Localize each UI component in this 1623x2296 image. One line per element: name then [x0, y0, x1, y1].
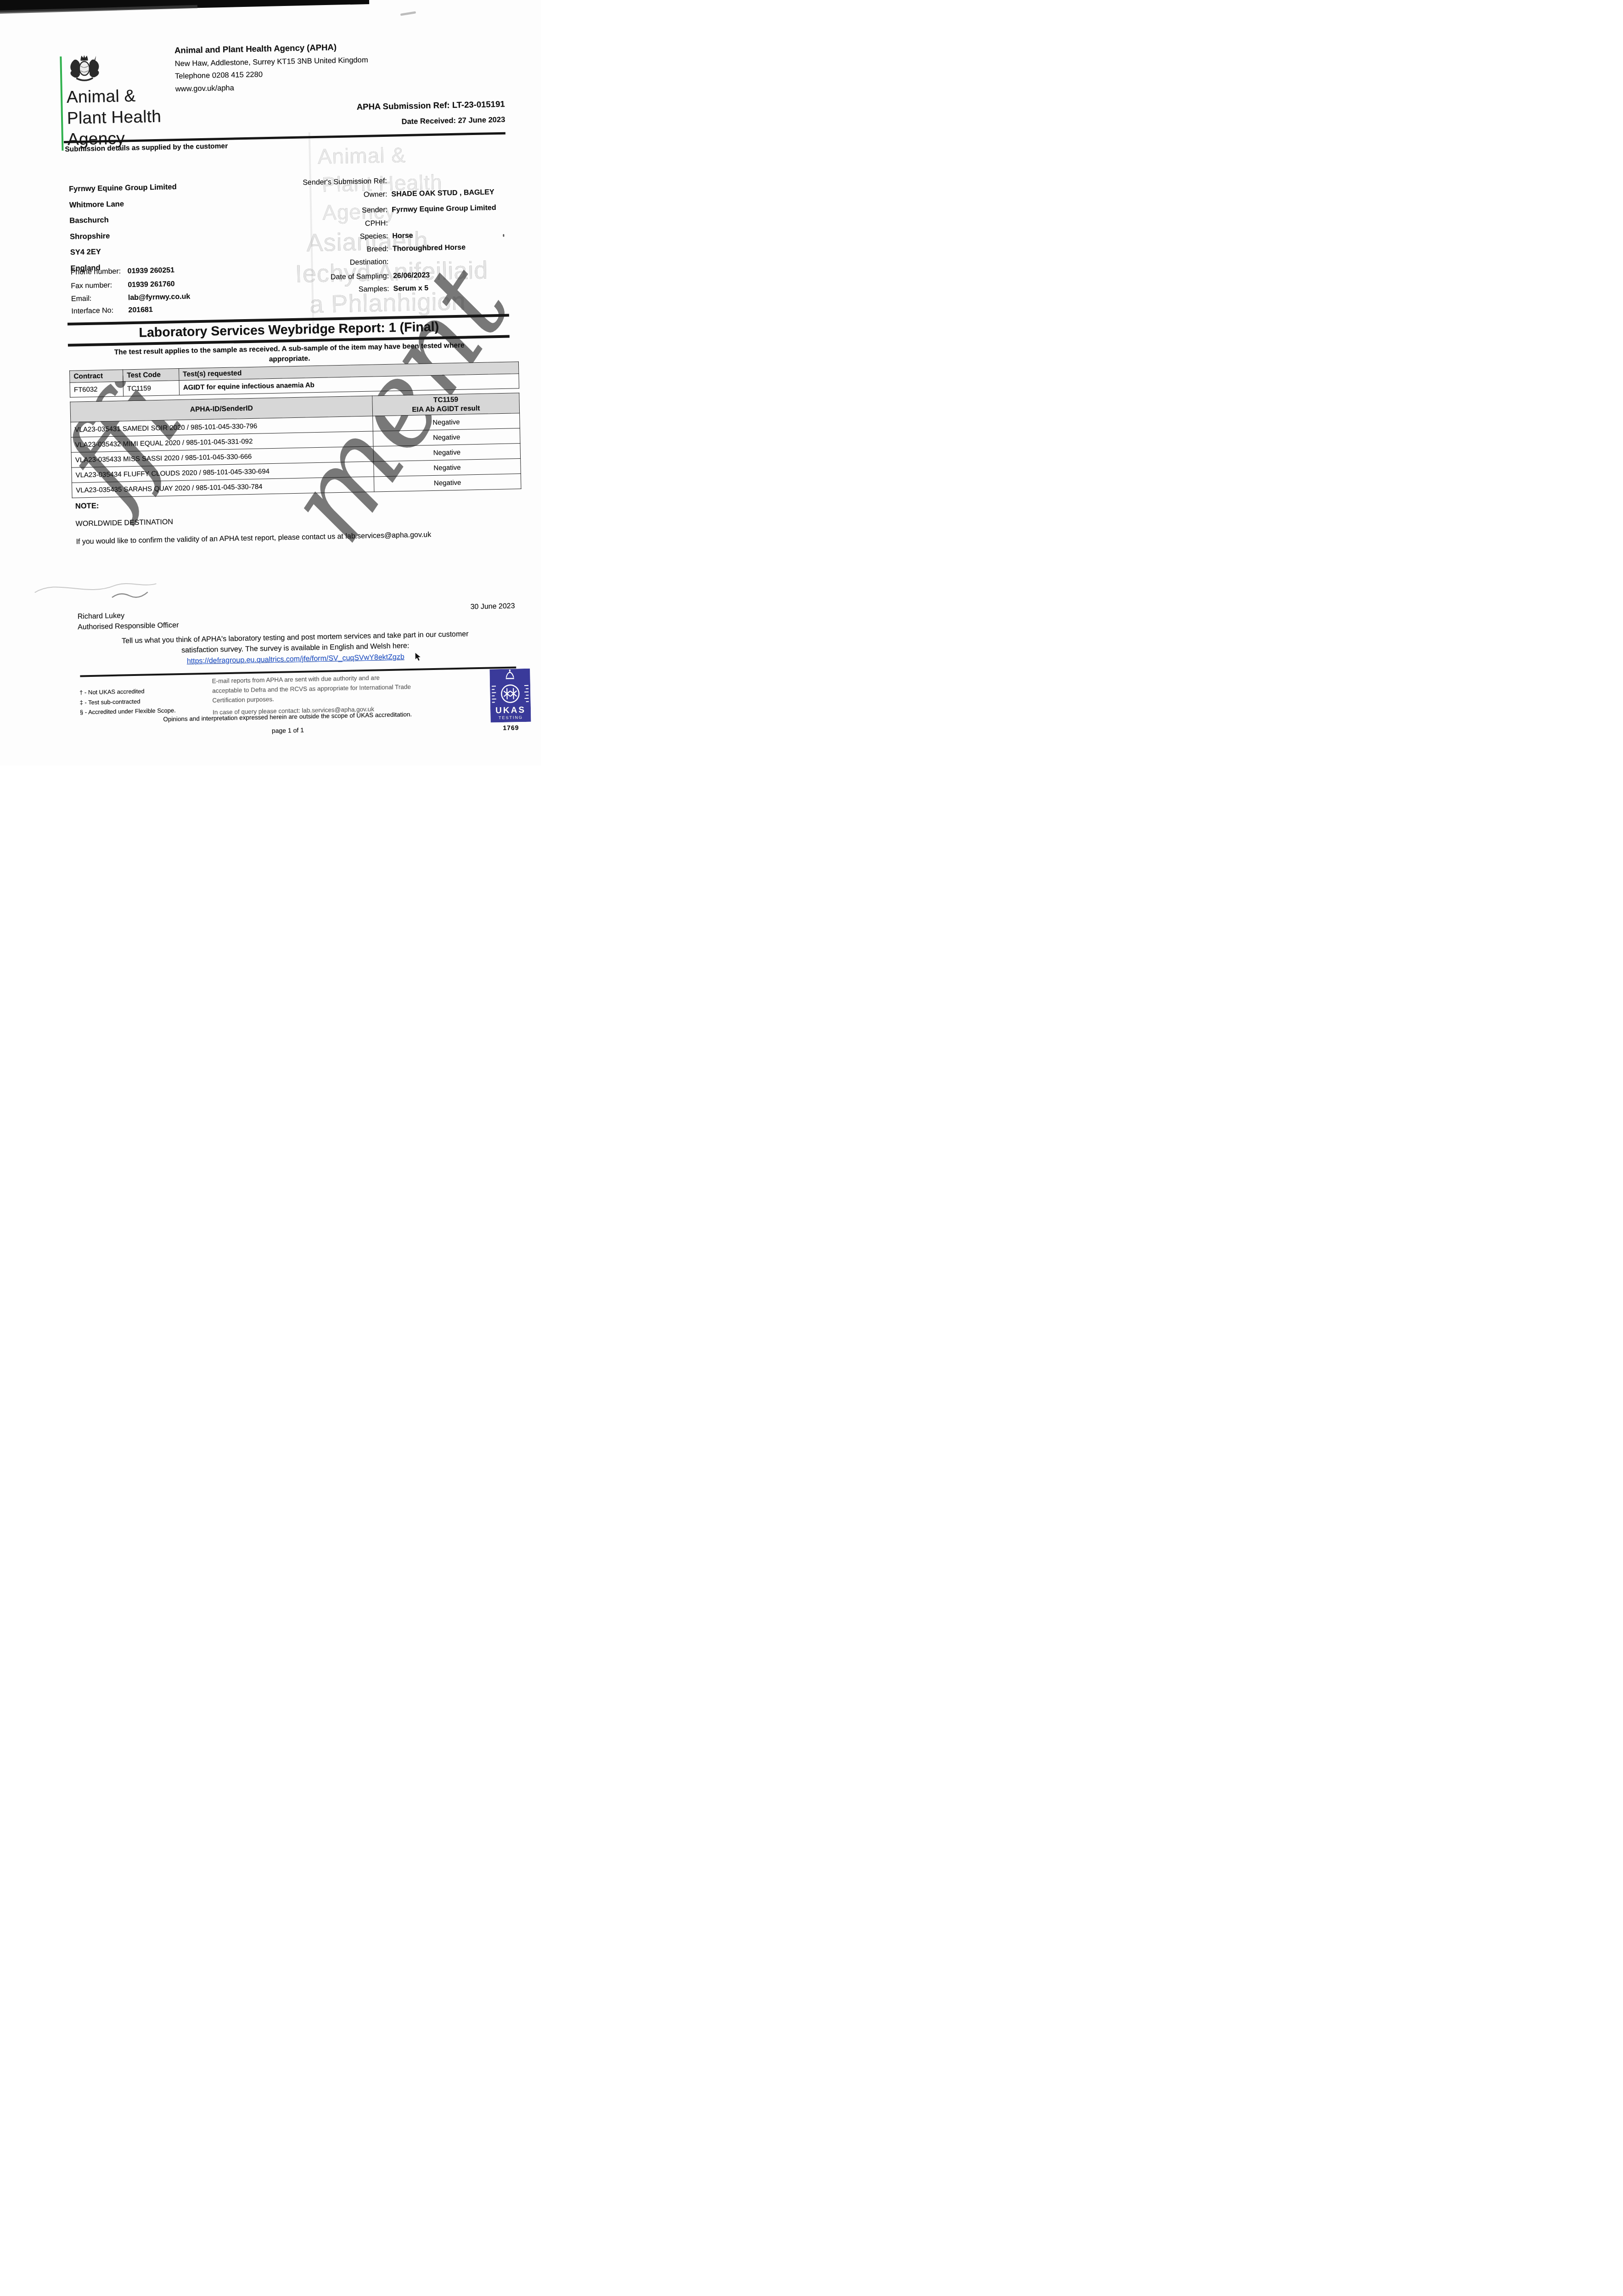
detail-value: 26/06/2023 [393, 271, 430, 280]
contract-cell: FT6032 [70, 382, 124, 397]
scanned-report-page: Animal & Plant Health Agency Asiantaeth … [0, 0, 541, 765]
agency-telephone: Telephone 0208 415 2280 [175, 70, 263, 81]
contact-value: 01939 261760 [128, 280, 175, 289]
result-column-header: TC1159 EIA Ab AGIDT result [372, 393, 520, 416]
detail-value: Horse [392, 232, 413, 240]
ukas-category: TESTING [499, 715, 523, 720]
agency-address: New Haw, Addlestone, Surrey KT15 3NB Uni… [175, 56, 368, 68]
contact-row: Fax number:01939 261760 [71, 280, 175, 291]
address-line: Baschurch [69, 211, 177, 229]
ukas-accreditation-number: 1769 [491, 724, 531, 732]
column-header: Contract [70, 370, 123, 383]
contact-row: Email:lab@fyrnwy.co.uk [71, 293, 191, 303]
note-label: NOTE: [75, 502, 99, 511]
accreditation-key: † - Not UKAS accredited ‡ - Test sub-con… [79, 686, 176, 717]
brand-line: Plant Health [67, 106, 162, 129]
signatory-name: Richard Lukey [78, 612, 125, 621]
customer-address: Fyrnwy Equine Group Limited Whitmore Lan… [69, 179, 179, 276]
detail-value: Thoroughbred Horse [393, 243, 466, 253]
address-line: Fyrnwy Equine Group Limited [69, 179, 177, 197]
test-code-cell: TC1159 [123, 381, 180, 396]
agency-website: www.gov.uk/apha [175, 84, 234, 94]
contact-label: Fax number: [71, 281, 128, 290]
page-number: page 1 of 1 [113, 723, 462, 737]
results-table: APHA-ID/SenderID TC1159 EIA Ab AGIDT res… [70, 393, 521, 498]
mouse-cursor-icon [415, 653, 421, 661]
ukas-wordmark: UKAS [495, 705, 526, 715]
report-date: 30 June 2023 [299, 602, 515, 614]
contact-value: 01939 260251 [128, 266, 175, 275]
royal-crest-logo [67, 54, 102, 84]
date-received: Date Received: 27 June 2023 [289, 116, 505, 129]
email-authority-note: E-mail reports from APHA are sent with d… [212, 672, 411, 717]
contact-row: Phone number:01939 260251 [71, 266, 175, 277]
contact-value: lab@fyrnwy.co.uk [128, 293, 191, 302]
detail-value: Fyrnwy Equine Group Limited [392, 204, 496, 214]
watermark-text: Animal & [317, 142, 406, 169]
ukas-testing-logo: UKAS TESTING [489, 669, 531, 723]
contact-row: Interface No:201681 [71, 306, 153, 316]
address-line: Whitmore Lane [69, 195, 177, 213]
survey-link[interactable]: https://defragroup.eu.qualtrics.com/jfe/… [187, 653, 404, 665]
brand-line: Animal & [67, 85, 161, 108]
result-cell: Negative [374, 474, 521, 492]
column-header: Test Code [123, 369, 179, 382]
document-content: Animal & Plant Health Agency Asiantaeth … [0, 0, 541, 765]
detail-value: SHADE OAK STUD , BAGLEY [391, 188, 494, 198]
detail-value: Serum x 5 [393, 284, 428, 293]
scan-crease-marks [30, 570, 177, 605]
contact-label: Phone number: [71, 267, 128, 276]
contact-label: Interface No: [71, 306, 128, 315]
contact-label: Email: [71, 294, 128, 303]
submission-ref: APHA Submission Ref: LT-23-015191 [289, 99, 505, 113]
address-line: SY4 2EY [70, 242, 178, 260]
agency-name: Animal and Plant Health Agency (APHA) [174, 42, 337, 56]
contact-value: 201681 [128, 306, 153, 314]
scan-speck [503, 234, 504, 237]
signatory-role: Authorised Responsible Officer [78, 621, 179, 631]
address-line: Shropshire [70, 227, 178, 245]
destination-note: WORLDWIDE DESTINATION [76, 518, 173, 528]
brand-green-bar [60, 56, 63, 151]
